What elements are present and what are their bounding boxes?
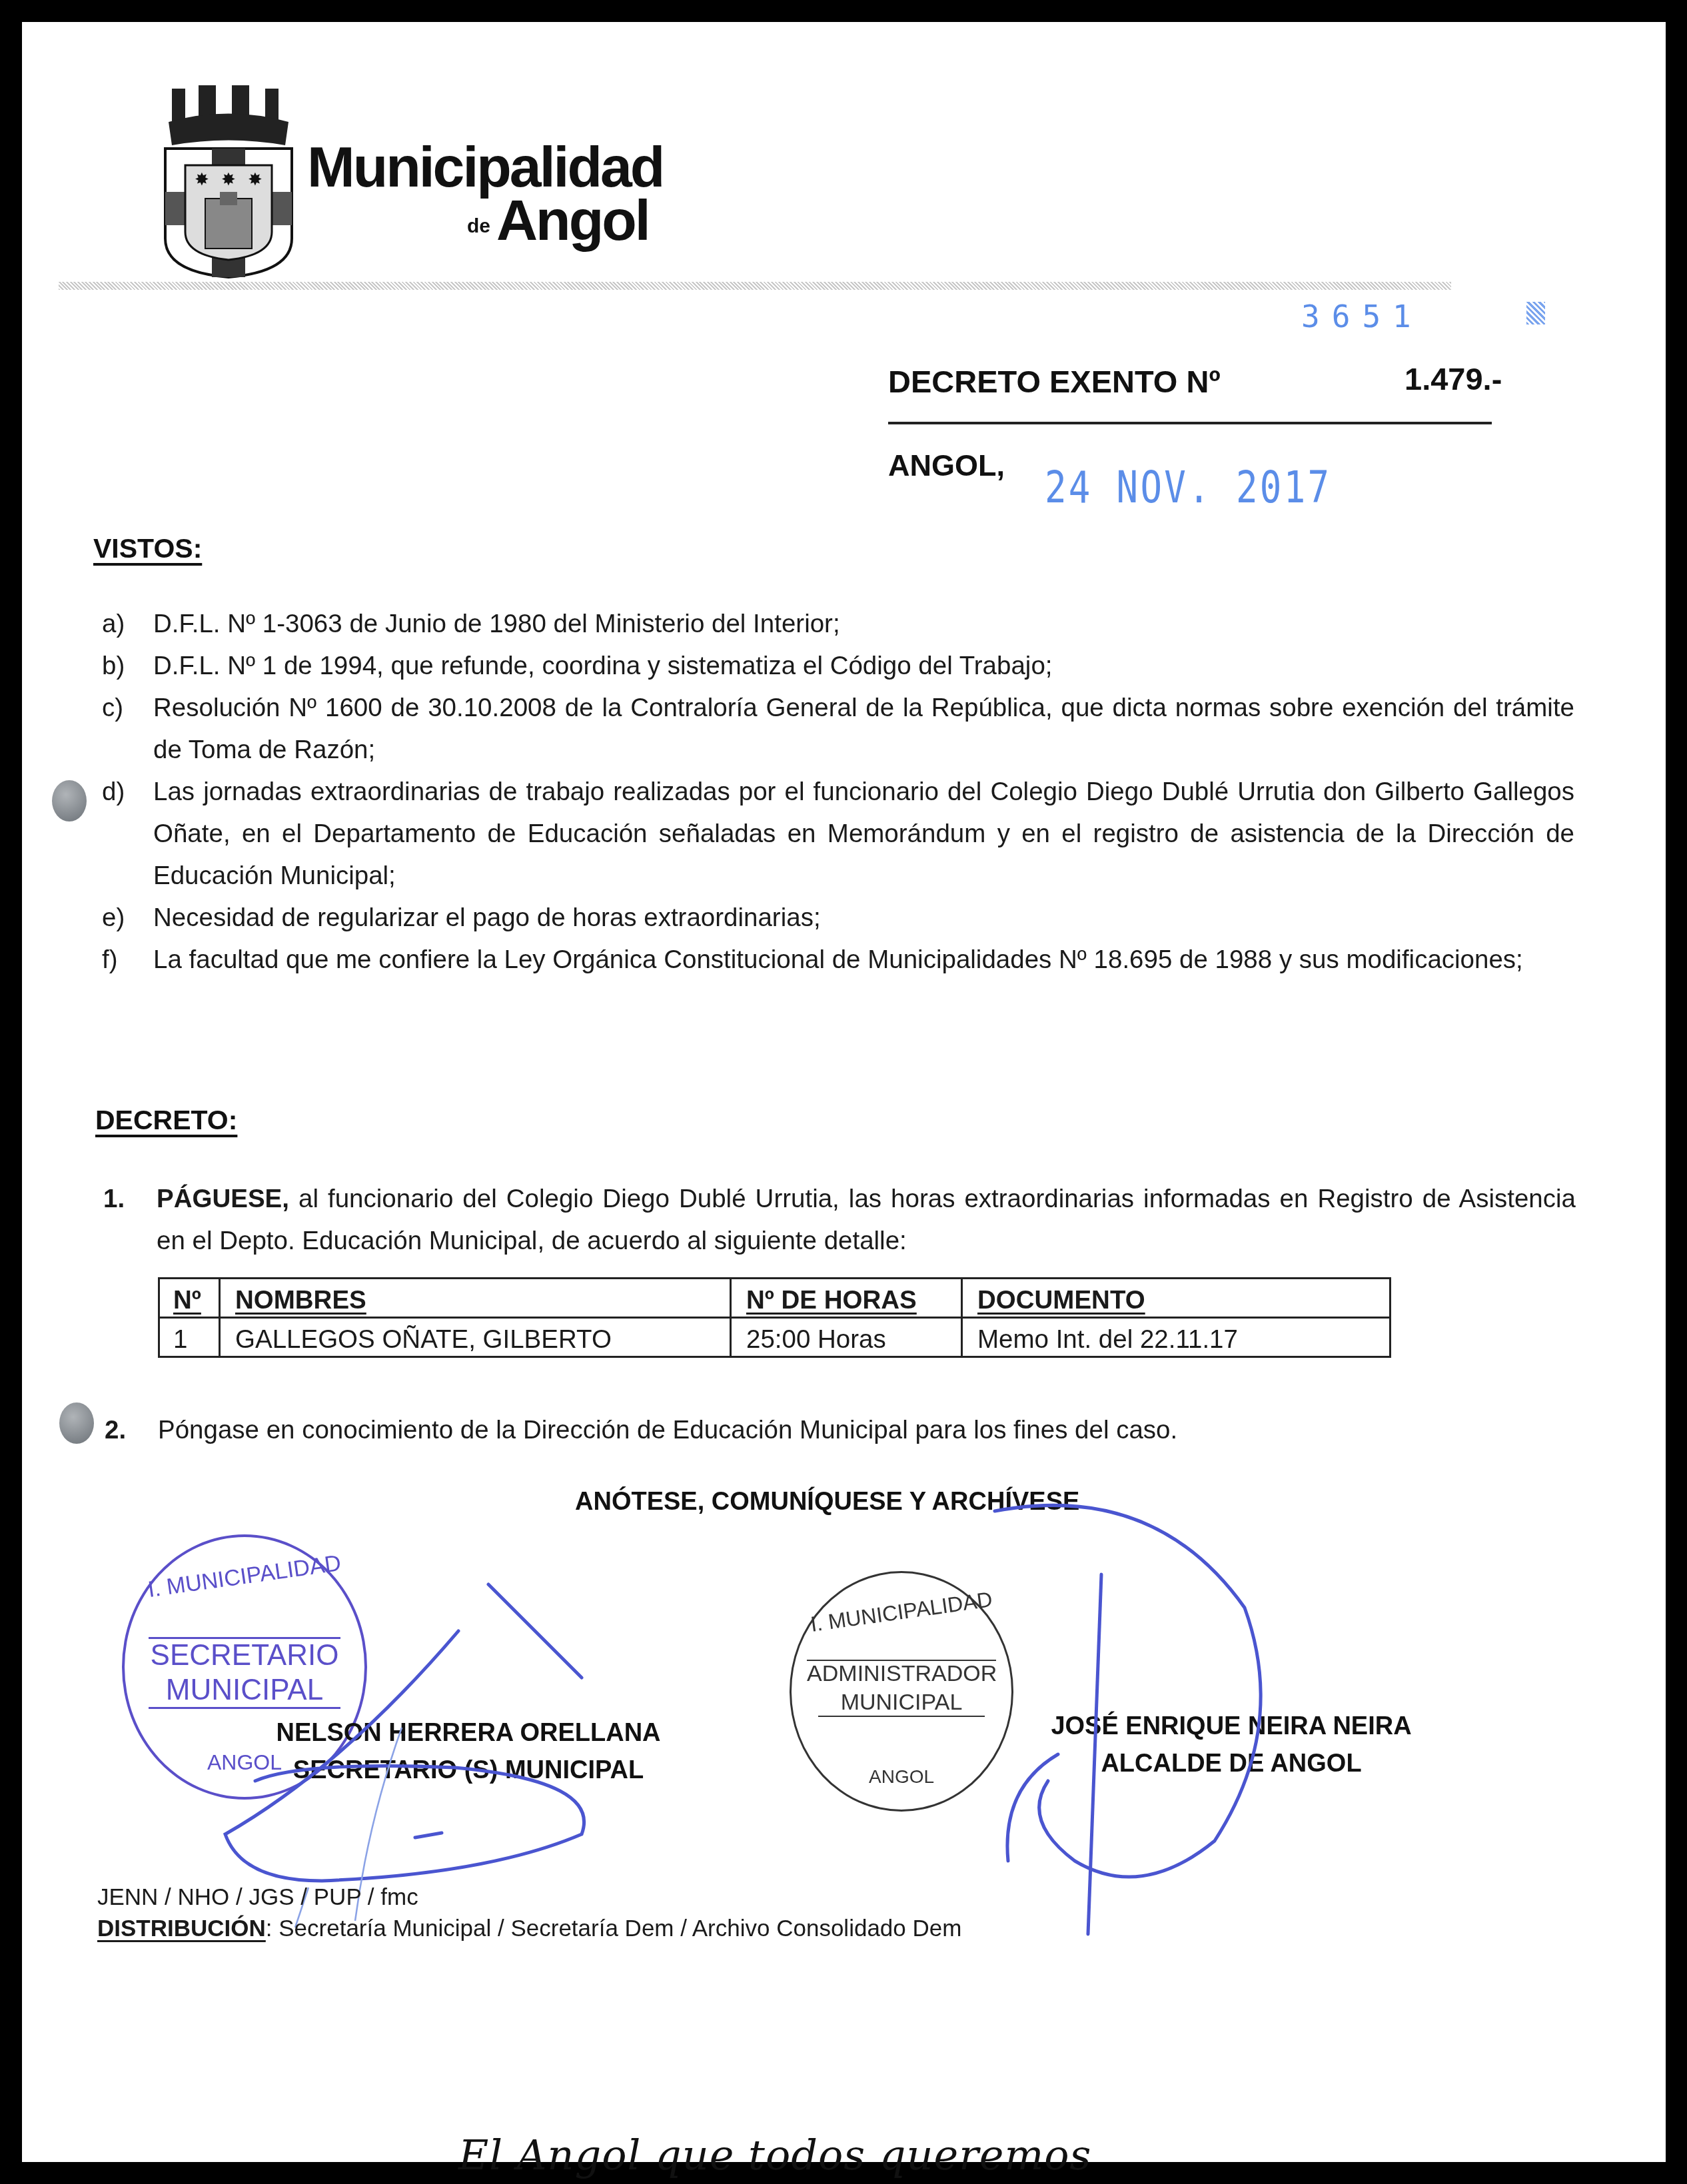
brand-municipalidad: Municipalidad — [307, 139, 663, 196]
item-bold-verb: PÁGUESE, — [157, 1185, 289, 1213]
brand-de: de — [467, 215, 490, 238]
signer-name: JOSÉ ENRIQUE NEIRA NEIRA — [1028, 1708, 1434, 1745]
vistos-item-a: a)D.F.L. Nº 1-3063 de Junio de 1980 del … — [102, 603, 1574, 645]
item-text: Las jornadas extraordinarias de trabajo … — [153, 771, 1574, 897]
svg-text:✸: ✸ — [195, 169, 209, 189]
registry-stamp-number: 3651 — [1301, 298, 1423, 334]
signer-title: SECRETARIO (S) MUNICIPAL — [262, 1752, 675, 1789]
item-text: PÁGUESE, al funcionario del Colegio Dieg… — [157, 1178, 1576, 1262]
header-divider — [59, 282, 1451, 290]
item-text: Resolución Nº 1600 de 30.10.2008 de la C… — [153, 687, 1574, 771]
item-marker: f) — [102, 939, 153, 981]
closing-formula: ANÓTESE, COMUNÍQUESE Y ARCHÍVESE — [575, 1488, 1079, 1516]
municipal-crest-logo: ✸✸✸ — [159, 85, 298, 278]
signer-alcalde: JOSÉ ENRIQUE NEIRA NEIRA ALCALDE DE ANGO… — [1028, 1708, 1434, 1782]
col-header-names: NOMBRES — [220, 1279, 731, 1318]
svg-text:✸: ✸ — [221, 169, 236, 189]
distribution-text: : Secretaría Municipal / Secretaría Dem … — [266, 1915, 962, 1941]
decree-label: DECRETO EXENTO Nº — [888, 363, 1221, 400]
cell-number: 1 — [159, 1318, 220, 1357]
item-marker: 1. — [103, 1178, 157, 1262]
decreto-item-1: 1. PÁGUESE, al funcionario del Colegio D… — [103, 1178, 1576, 1262]
cell-document: Memo Int. del 22.11.17 — [962, 1318, 1391, 1357]
decree-underline — [888, 422, 1492, 424]
table-row: 1 GALLEGOS OÑATE, GILBERTO 25:00 Horas M… — [159, 1318, 1391, 1357]
item-marker: d) — [102, 771, 153, 897]
distribution-label: DISTRIBUCIÓN — [97, 1915, 266, 1941]
item-marker: 2. — [105, 1416, 158, 1445]
administrador-seal: I. MUNICIPALIDAD ADMINISTRADOR MUNICIPAL… — [790, 1571, 1013, 1812]
item-marker: c) — [102, 687, 153, 771]
item-marker: b) — [102, 645, 153, 687]
item-marker: a) — [102, 603, 153, 645]
col-header-hours: Nº DE HORAS — [731, 1279, 962, 1318]
seal-line2: MUNICIPAL — [818, 1690, 985, 1717]
seal-line1: ADMINISTRADOR — [807, 1660, 996, 1687]
handwritten-signatures — [22, 22, 1666, 2162]
footer-slogan: El Angol que todos queremos — [458, 2131, 1091, 2179]
city-label: ANGOL, — [888, 448, 1005, 483]
seal-line1: SECRETARIO — [149, 1637, 340, 1672]
item-text: D.F.L. Nº 1-3063 de Junio de 1980 del Mi… — [153, 603, 1574, 645]
col-header-document: DOCUMENTO — [962, 1279, 1391, 1318]
vistos-item-d: d)Las jornadas extraordinarias de trabaj… — [102, 771, 1574, 897]
item-text: Póngase en conocimiento de la Dirección … — [158, 1416, 1177, 1445]
signer-secretario: NELSON HERRERA ORELLANA SECRETARIO (S) M… — [262, 1714, 675, 1789]
seal-line2: MUNICIPAL — [149, 1674, 340, 1709]
item-body: al funcionario del Colegio Diego Dublé U… — [157, 1185, 1576, 1255]
item-text: La facultad que me confiere la Ley Orgán… — [153, 939, 1574, 981]
overtime-table: Nº NOMBRES Nº DE HORAS DOCUMENTO 1 GALLE… — [158, 1277, 1391, 1358]
decree-number: 1.479.- — [1405, 360, 1502, 397]
vistos-item-c: c)Resolución Nº 1600 de 30.10.2008 de la… — [102, 687, 1574, 771]
document-page: ✸✸✸ Municipalidad de Angol 3651 DECRETO … — [22, 22, 1666, 2162]
vistos-item-e: e)Necesidad de regularizar el pago de ho… — [102, 897, 1574, 939]
svg-text:✸: ✸ — [248, 169, 263, 189]
signer-title: ALCALDE DE ANGOL — [1028, 1745, 1434, 1782]
vistos-heading: VISTOS: — [93, 533, 202, 564]
stamp-smudge-icon — [1526, 302, 1545, 324]
seal-bottom-text: ANGOL — [792, 1766, 1011, 1788]
initials-line: JENN / NHO / JGS / PUP / fmc — [97, 1884, 418, 1911]
distribution-line: DISTRIBUCIÓN: Secretaría Municipal / Sec… — [97, 1915, 961, 1942]
col-header-number: Nº — [159, 1279, 220, 1318]
item-marker: e) — [102, 897, 153, 939]
date-stamp: 24 NOV. 2017 — [1045, 462, 1331, 513]
decreto-heading: DECRETO: — [95, 1105, 237, 1136]
item-text: Necesidad de regularizar el pago de hora… — [153, 897, 1574, 939]
vistos-list: a)D.F.L. Nº 1-3063 de Junio de 1980 del … — [102, 603, 1574, 981]
seal-arc-text: I. MUNICIPALIDAD — [124, 1547, 365, 1606]
table-header-row: Nº NOMBRES Nº DE HORAS DOCUMENTO — [159, 1279, 1391, 1318]
signer-name: NELSON HERRERA ORELLANA — [262, 1714, 675, 1752]
cell-hours: 25:00 Horas — [731, 1318, 962, 1357]
cell-name: GALLEGOS OÑATE, GILBERTO — [220, 1318, 731, 1357]
brand-angol: Angol — [496, 192, 649, 249]
punch-hole-icon — [52, 780, 87, 821]
seal-arc-text: I. MUNICIPALIDAD — [791, 1584, 1012, 1640]
vistos-item-b: b)D.F.L. Nº 1 de 1994, que refunde, coor… — [102, 645, 1574, 687]
vistos-item-f: f)La facultad que me confiere la Ley Org… — [102, 939, 1574, 981]
item-text: D.F.L. Nº 1 de 1994, que refunde, coordi… — [153, 645, 1574, 687]
punch-hole-icon — [59, 1402, 94, 1444]
decreto-item-2: 2. Póngase en conocimiento de la Direcci… — [105, 1416, 1177, 1445]
